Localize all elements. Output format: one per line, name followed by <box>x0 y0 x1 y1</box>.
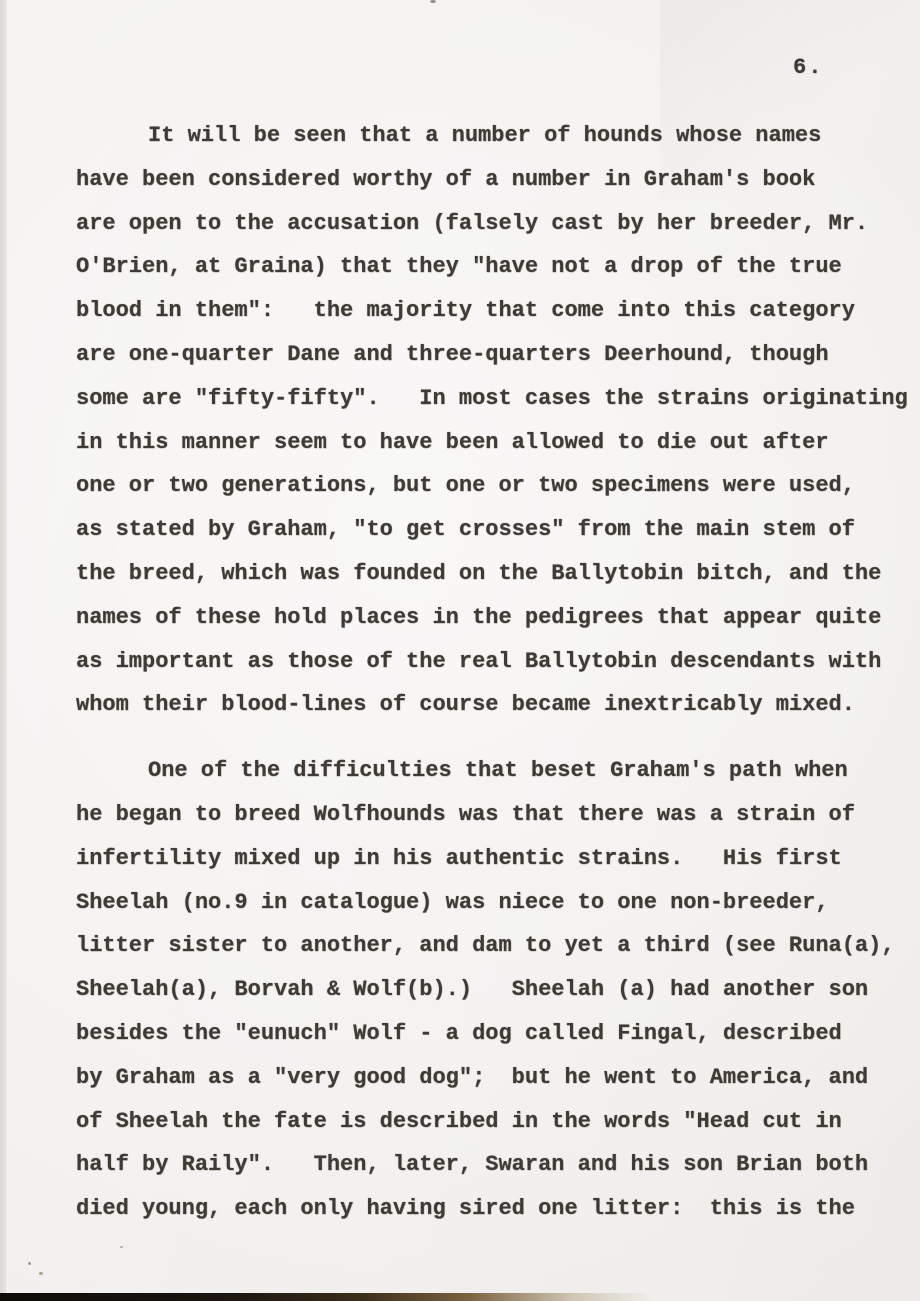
text-line: litter sister to another, and dam to yet… <box>76 924 916 968</box>
paper-left-edge <box>0 0 8 1301</box>
text-line: by Graham as a "very good dog"; but he w… <box>76 1056 916 1100</box>
text-line: names of these hold places in the pedigr… <box>76 596 916 640</box>
scan-speck <box>39 1272 43 1275</box>
text-line: One of the difficulties that beset Graha… <box>76 749 916 793</box>
text-line: half by Raily". Then, later, Swaran and … <box>76 1143 916 1187</box>
scan-speck <box>430 0 436 3</box>
document-text: It will be seen that a number of hounds … <box>76 114 916 1231</box>
text-line: as stated by Graham, "to get crosses" fr… <box>76 508 916 552</box>
paragraph: One of the difficulties that beset Graha… <box>76 749 916 1231</box>
text-line: some are "fifty-fifty". In most cases th… <box>76 377 916 421</box>
text-line: died young, each only having sired one l… <box>76 1187 916 1231</box>
scan-edge-shadow <box>0 1293 652 1301</box>
scan-speck <box>28 1262 31 1265</box>
text-line: have been considered worthy of a number … <box>76 158 916 202</box>
document-page: 6. It will be seen that a number of houn… <box>0 0 920 1301</box>
text-line: besides the "eunuch" Wolf - a dog called… <box>76 1012 916 1056</box>
page-number: 6. <box>793 46 823 90</box>
text-line: O'Brien, at Graina) that they "have not … <box>76 245 916 289</box>
text-line: one or two generations, but one or two s… <box>76 464 916 508</box>
text-line: infertility mixed up in his authentic st… <box>76 837 916 881</box>
paragraph: It will be seen that a number of hounds … <box>76 114 916 727</box>
text-line: he began to breed Wolfhounds was that th… <box>76 793 916 837</box>
text-line: whom their blood-lines of course became … <box>76 683 916 727</box>
text-line: blood in them": the majority that come i… <box>76 289 916 333</box>
text-line: Sheelah(a), Borvah & Wolf(b).) Sheelah (… <box>76 968 916 1012</box>
text-line: It will be seen that a number of hounds … <box>76 114 916 158</box>
text-line: the breed, which was founded on the Ball… <box>76 552 916 596</box>
text-line: are open to the accusation (falsely cast… <box>76 202 916 246</box>
text-line: are one-quarter Dane and three-quarters … <box>76 333 916 377</box>
text-line: Sheelah (no.9 in catalogue) was niece to… <box>76 881 916 925</box>
text-line: as important as those of the real Ballyt… <box>76 640 916 684</box>
text-line: of Sheelah the fate is described in the … <box>76 1100 916 1144</box>
text-line: in this manner seem to have been allowed… <box>76 421 916 465</box>
scan-speck <box>120 1246 123 1248</box>
